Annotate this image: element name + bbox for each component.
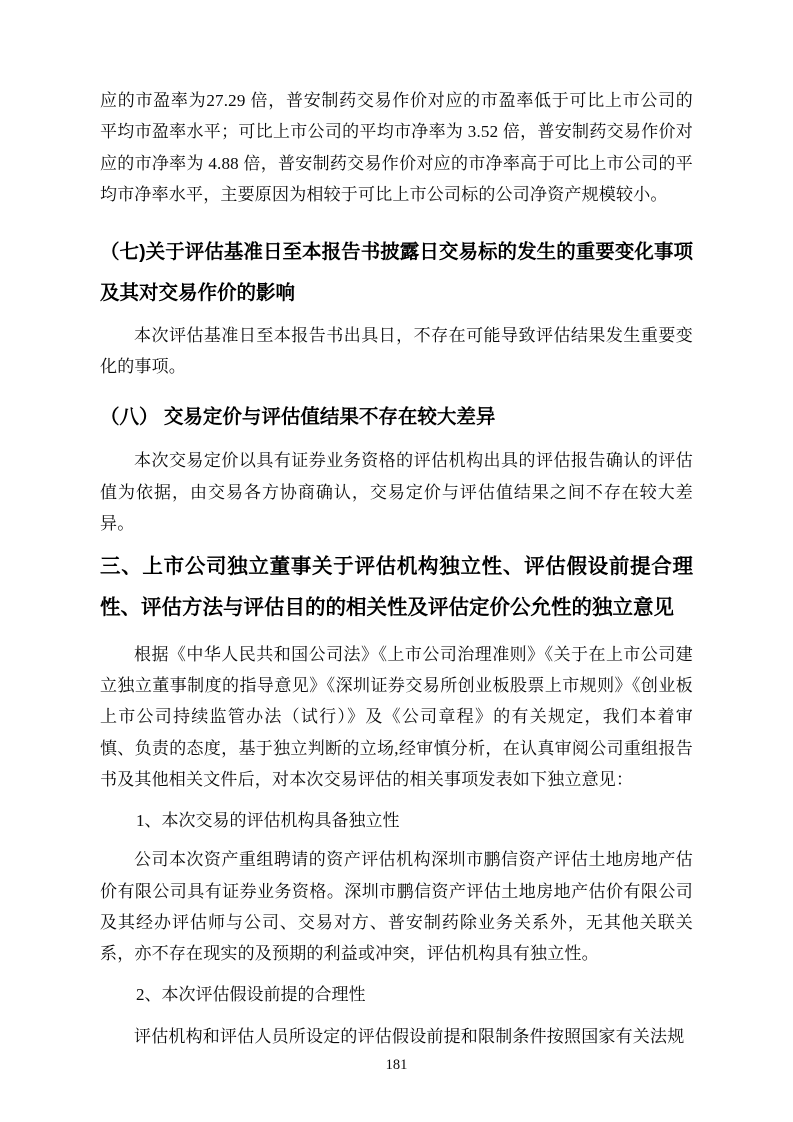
subheading-2-assumption-reasonableness: 2、本次评估假设前提的合理性 xyxy=(100,979,693,1010)
paragraph-independent-opinion-intro: 根据《中华人民共和国公司法》《上市公司治理准则》《关于在上市公司建立独立董事制度… xyxy=(100,639,693,796)
document-page: 应的市盈率为27.29 倍，普安制药交易作价对应的市盈率低于可比上市公司的平均市… xyxy=(0,0,793,1122)
chapter-heading-3: 三、上市公司独立董事关于评估机构独立性、评估假设前提合理性、评估方法与评估目的的… xyxy=(100,546,693,629)
paragraph-section-8: 本次交易定价以具有证券业务资格的评估机构出具的评估报告确认的评估值为依据，由交易… xyxy=(100,445,693,539)
paragraph-continued-valuation: 应的市盈率为27.29 倍，普安制药交易作价对应的市盈率低于可比上市公司的平均市… xyxy=(100,85,693,211)
section-heading-7: （七)关于评估基准日至本报告书披露日交易标的发生的重要变化事项及其对交易作价的影… xyxy=(100,232,693,314)
subheading-1-appraiser-independence: 1、本次交易的评估机构具备独立性 xyxy=(100,805,693,836)
paragraph-section-7: 本次评估基准日至本报告书出具日，不存在可能导致评估结果发生重要变化的事项。 xyxy=(100,320,693,383)
document-content: 应的市盈率为27.29 倍，普安制药交易作价对应的市盈率低于可比上市公司的平均市… xyxy=(100,0,693,1074)
paragraph-appraiser-independence: 公司本次资产重组聘请的资产评估机构深圳市鹏信资产评估土地房地产估价有限公司具有证… xyxy=(100,844,693,970)
section-heading-8: （八） 交易定价与评估值结果不存在较大差异 xyxy=(100,397,693,438)
page-number: 181 xyxy=(100,1057,693,1074)
paragraph-assumption-reasonableness: 评估机构和评估人员所设定的评估假设前提和限制条件按照国家有关法规 xyxy=(100,1021,693,1052)
